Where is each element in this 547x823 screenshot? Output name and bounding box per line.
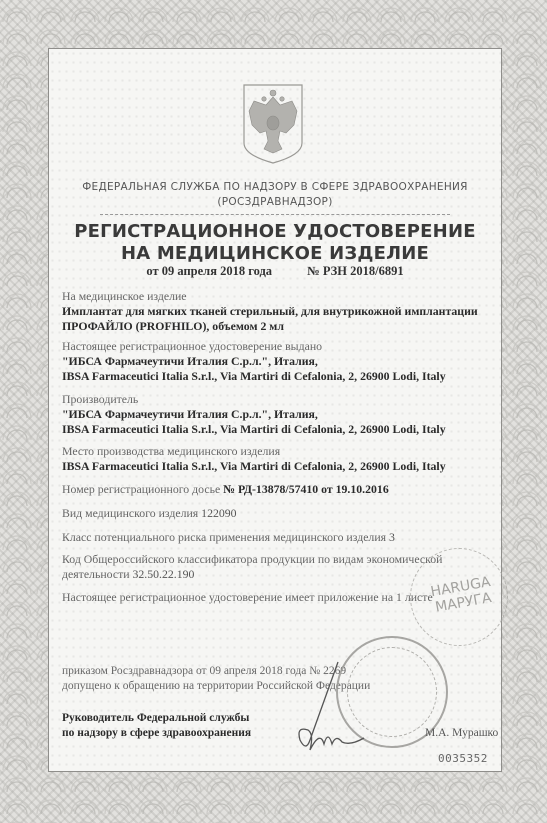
device-type-line: Вид медицинского изделия 122090 xyxy=(62,506,492,521)
agency-name: Федеральная служба по надзору в сфере зд… xyxy=(48,181,502,193)
signatory-title: Руководитель Федеральной службы по надзо… xyxy=(62,711,251,741)
okpd-code-value: 32.50.22.190 xyxy=(133,567,195,581)
registration-number: № РЗН 2018/6891 xyxy=(307,264,403,278)
section-holder: Настоящее регистрационное удостоверение … xyxy=(62,339,492,384)
section-value: IBSA Farmaceutici Italia S.r.l., Via Mar… xyxy=(62,369,492,384)
risk-class-line: Класс потенциального риска применения ме… xyxy=(62,530,492,545)
signature xyxy=(280,660,370,760)
section-label: Настоящее регистрационное удостоверение … xyxy=(62,339,492,354)
section-value: IBSA Farmaceutici Italia S.r.l., Via Mar… xyxy=(62,459,492,474)
section-label: Производитель xyxy=(62,392,492,407)
dossier-line: Номер регистрационного досье № РД-13878/… xyxy=(62,482,492,497)
agency-short-name: (Росздравнадзор) xyxy=(48,196,502,208)
dossier-number: № РД-13878/57410 от 19.10.2016 xyxy=(223,482,389,496)
section-value: IBSA Farmaceutici Italia S.r.l., Via Mar… xyxy=(62,422,492,437)
section-value: Имплантат для мягких тканей стерильный, … xyxy=(62,304,492,319)
section-value: "ИБСА Фармачеутичи Италия С.р.л.", Итали… xyxy=(62,354,492,369)
section-value: "ИБСА Фармачеутичи Италия С.р.л.", Итали… xyxy=(62,407,492,422)
issue-date: от 09 апреля 2018 года xyxy=(146,264,272,278)
serial-number: 0035352 xyxy=(438,752,488,765)
section-label: На медицинское изделие xyxy=(62,289,492,304)
risk-class-value: 3 xyxy=(389,530,395,544)
coat-of-arms-icon xyxy=(240,83,306,165)
section-production-site: Место производства медицинского изделия … xyxy=(62,444,492,474)
section-device: На медицинское изделие Имплантат для мяг… xyxy=(62,289,492,334)
document-title: РЕГИСТРАЦИОННОЕ УДОСТОВЕРЕНИЕ xyxy=(48,221,502,242)
device-type-code: 122090 xyxy=(201,506,236,520)
document-subtitle: НА МЕДИЦИНСКОЕ ИЗДЕЛИЕ xyxy=(48,243,502,264)
signatory-name: М.А. Мурашко xyxy=(425,726,498,741)
section-label: Место производства медицинского изделия xyxy=(62,444,492,459)
divider xyxy=(100,214,450,215)
issue-line: от 09 апреля 2018 года № РЗН 2018/6891 xyxy=(48,264,502,279)
section-value: ПРОФАЙЛО (PROFHILO), объемом 2 мл xyxy=(62,319,492,334)
section-manufacturer: Производитель "ИБСА Фармачеутичи Италия … xyxy=(62,392,492,437)
company-stamp: HARUGA МАРУГА xyxy=(410,548,508,646)
